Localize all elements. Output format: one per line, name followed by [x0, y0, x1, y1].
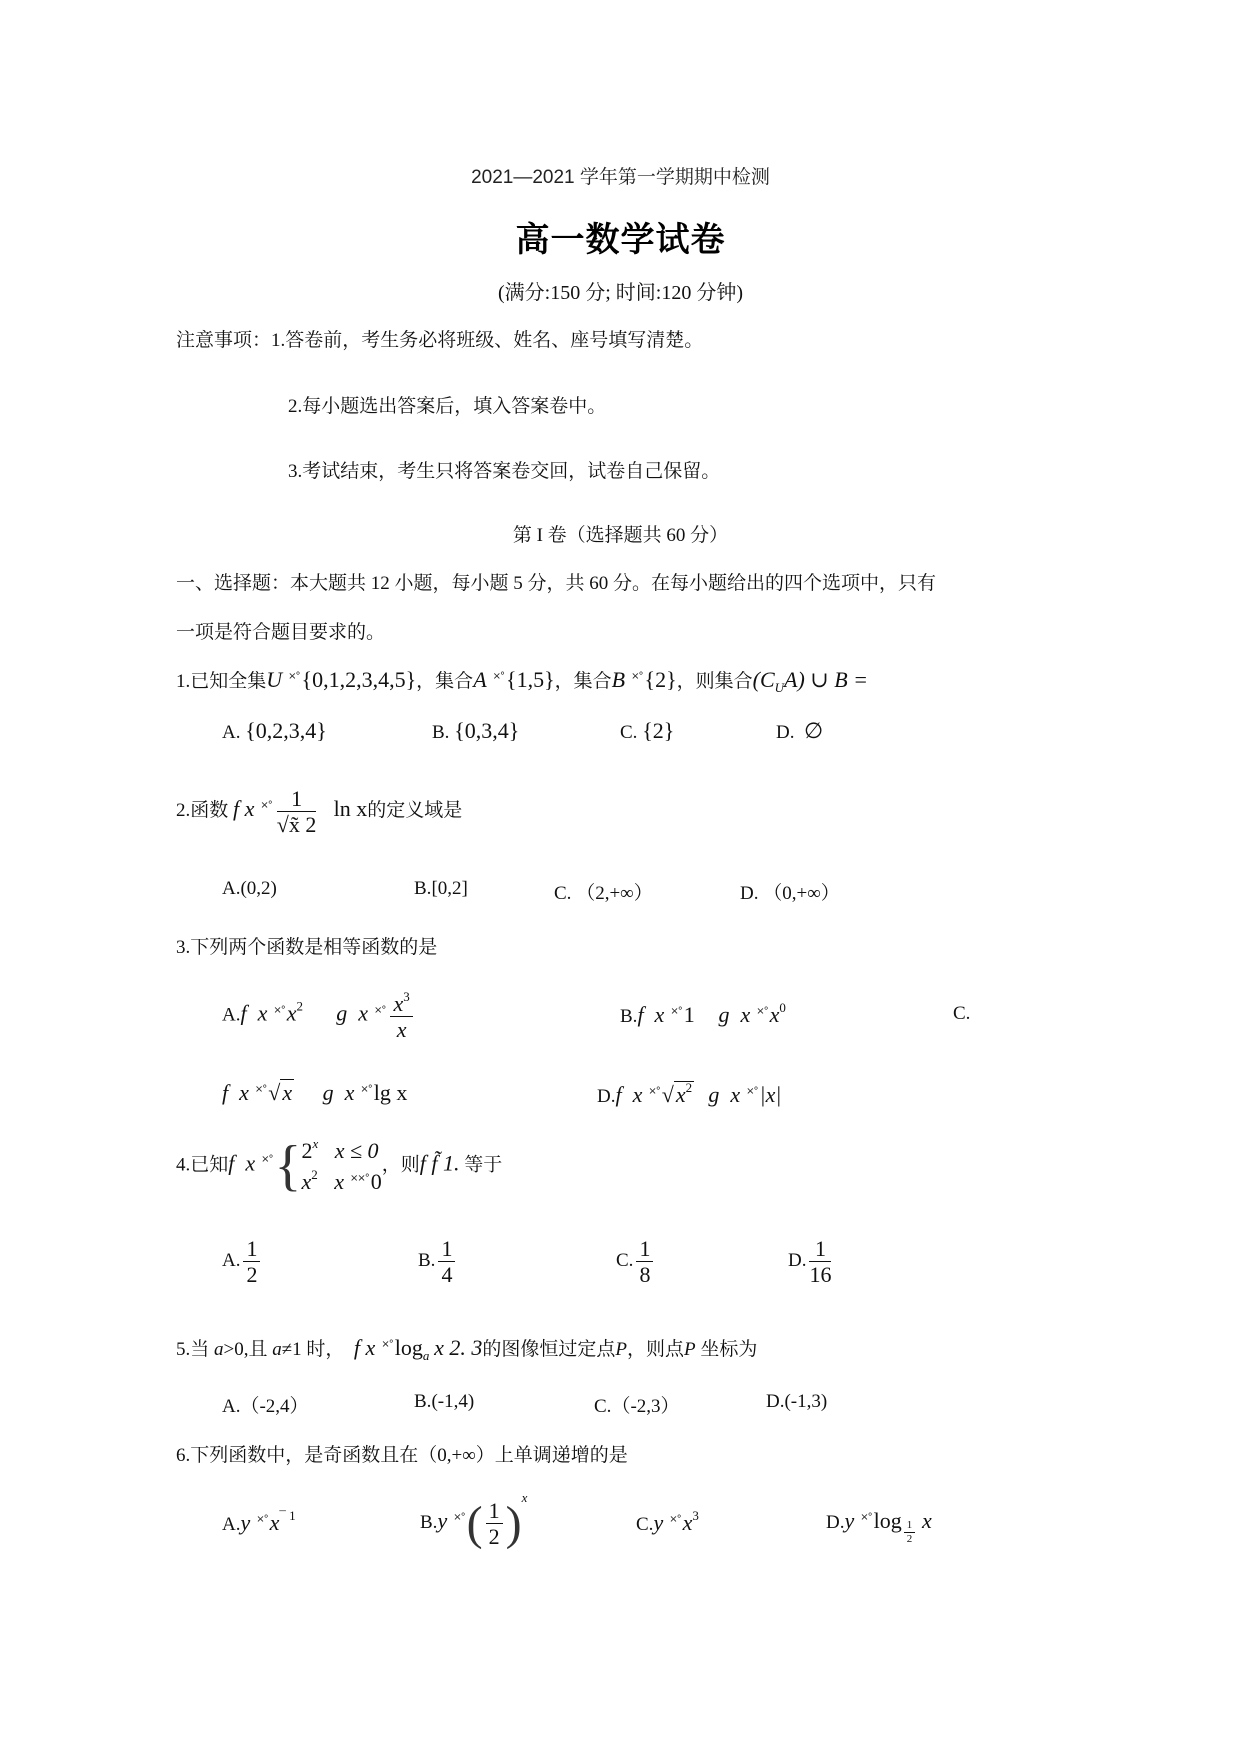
exam-term: 2021—2021 学年第一学期期中检测	[0, 162, 1241, 189]
question-5-option-a[interactable]: A.（-2,4）	[222, 1391, 309, 1418]
question-3-stem: 3.下列两个函数是相等函数的是	[176, 932, 437, 959]
question-3-option-d[interactable]: D.f x×°√x2 g x×°|x|	[597, 1080, 781, 1108]
question-2-stem: 2.函数 f x×°1√x̃ 2 ln x的定义域是	[176, 786, 462, 838]
section-heading: 第 I 卷（选择题共 60 分）	[0, 520, 1241, 547]
notes-label: 注意事项：	[176, 330, 271, 351]
question-4-option-d[interactable]: D.116	[788, 1236, 834, 1288]
question-3-option-b[interactable]: B.f x×°1 g x×°x0	[620, 1000, 786, 1028]
question-3-option-c[interactable]: f x×°√x g x×°lg x	[222, 1080, 407, 1106]
question-5-option-d[interactable]: D.(-1,3)	[766, 1391, 827, 1413]
question-3-option-a[interactable]: A.f x×°x2 g x×°x3x	[222, 990, 416, 1043]
question-6-option-d[interactable]: D.y×°log12 x	[826, 1508, 932, 1546]
question-1-option-a[interactable]: A. {0,2,3,4}	[222, 718, 327, 744]
question-4-stem: 4.已知f x×°{ 2x x ≤ 0 x2 x××°0 ，则f f̃ 1. 等…	[176, 1134, 502, 1198]
notes-item-1: 注意事项：1.答卷前，考生务必将班级、姓名、座号填写清楚。	[176, 325, 703, 352]
question-3-option-c-label[interactable]: C.	[953, 1003, 970, 1025]
question-1-option-b[interactable]: B. {0,3,4}	[432, 718, 519, 744]
question-6-stem: 6.下列函数中，是奇函数且在（0,+∞）上单调递增的是	[176, 1440, 628, 1467]
question-1-stem: 1.已知全集U×°{0,1,2,3,4,5}，集合A×°{1,5}，集合B×°{…	[176, 666, 868, 696]
question-2-option-b[interactable]: B.[0,2]	[414, 878, 468, 900]
exam-meta: (满分:150 分; 时间:120 分钟)	[0, 276, 1241, 305]
equals-glyph: ×°	[288, 671, 299, 682]
question-5-option-c[interactable]: C.（-2,3）	[594, 1391, 680, 1418]
question-2-option-c[interactable]: C. （2,+∞）	[554, 878, 653, 905]
question-2-option-a[interactable]: A.(0,2)	[222, 878, 277, 900]
question-1-option-c[interactable]: C. {2}	[620, 718, 674, 744]
question-4-option-c[interactable]: C.18	[616, 1236, 656, 1288]
question-6-option-c[interactable]: C.y×°x3	[636, 1508, 699, 1536]
question-5-stem: 5.当 a>0,且 a≠1 时， f x×°loga x 2. 3的图像恒过定点…	[176, 1334, 757, 1364]
page-title: 高一数学试卷	[0, 212, 1241, 261]
question-5-option-b[interactable]: B.(-1,4)	[414, 1391, 474, 1413]
section-instructions: 一、选择题：本大题共 12 小题，每小题 5 分，共 60 分。在每小题给出的四…	[176, 568, 936, 595]
question-1-option-d[interactable]: D. ∅	[776, 718, 823, 744]
notes-item-3: 3.考试结束，考生只将答案卷交回，试卷自己保留。	[288, 456, 720, 483]
notes-item-2: 2.每小题选出答案后，填入答案卷中。	[288, 391, 606, 418]
question-4-option-a[interactable]: A.12	[222, 1236, 263, 1288]
section-instructions-cont: 一项是符合题目要求的。	[176, 617, 385, 644]
question-6-option-b[interactable]: B.y×°(12)x	[420, 1490, 527, 1551]
question-4-option-b[interactable]: B.14	[418, 1236, 458, 1288]
question-2-option-d[interactable]: D. （0,+∞）	[740, 878, 840, 905]
question-6-option-a[interactable]: A.y×°x¯ 1	[222, 1508, 296, 1536]
